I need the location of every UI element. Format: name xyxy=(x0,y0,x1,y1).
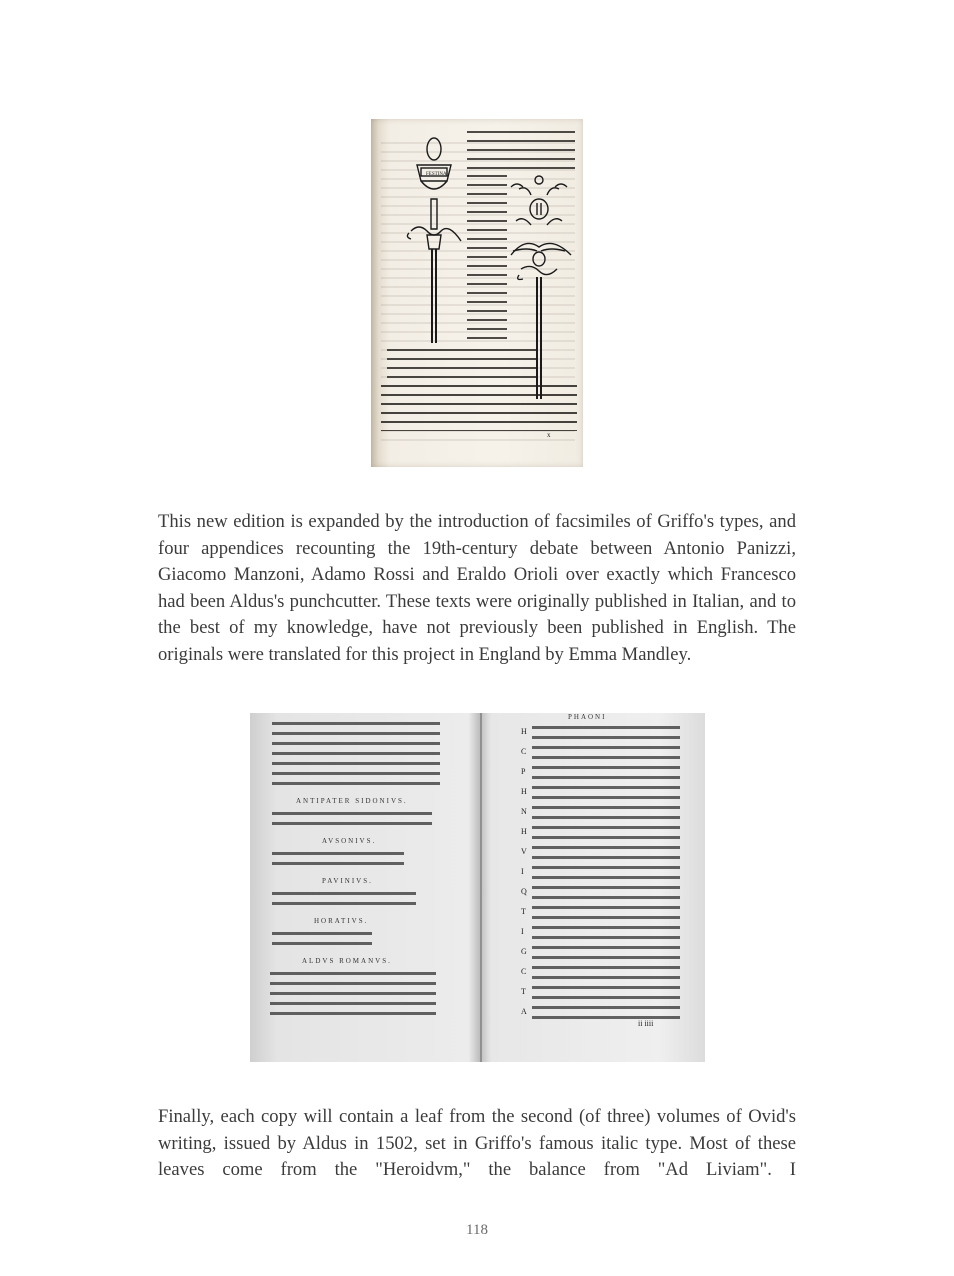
initial-letter: G xyxy=(521,947,527,956)
initial-letter: I xyxy=(521,927,524,936)
initial-letter: V xyxy=(521,847,527,856)
initial-letter: C xyxy=(521,967,526,976)
left-page-text-block xyxy=(272,929,372,951)
left-page-text-block xyxy=(270,969,436,1019)
initial-letter: Q xyxy=(521,887,527,896)
left-page-text-block xyxy=(272,849,404,871)
document-page: FESTINA xyxy=(0,0,954,1276)
initial-letter: T xyxy=(521,907,526,916)
heading-horativs: HORATIVS. xyxy=(314,917,368,925)
heading-pavinivs: PAVINIVS. xyxy=(322,877,373,885)
page-number: 118 xyxy=(0,1222,954,1239)
body-paragraph-2: Finally, each copy will contain a leaf f… xyxy=(158,1104,796,1184)
left-page-text-block xyxy=(272,889,416,911)
book-gutter xyxy=(480,713,482,1062)
right-page-text-block xyxy=(532,723,680,1023)
initial-letter: N xyxy=(521,807,527,816)
figure-open-book-spread: ANTIPATER SIDONIVS. AVSONIVS. PAVINIVS. … xyxy=(250,713,705,1062)
initial-letter: H xyxy=(521,827,527,836)
signature-mark: x xyxy=(547,431,551,439)
initial-letter: I xyxy=(521,867,524,876)
folio-number: ii iiii xyxy=(638,1019,653,1028)
svg-text:FESTINA: FESTINA xyxy=(426,172,447,177)
initial-letter: C xyxy=(521,747,526,756)
initial-letter: P xyxy=(521,767,525,776)
caduceus-woodcuts-icon: FESTINA xyxy=(371,119,583,467)
body-paragraph-1: This new edition is expanded by the intr… xyxy=(158,509,796,669)
heading-antipater: ANTIPATER SIDONIVS. xyxy=(296,797,408,805)
figure-aldine-caducei-page: FESTINA xyxy=(371,119,583,467)
heading-avsonivs: AVSONIVS. xyxy=(322,837,376,845)
initial-letter: H xyxy=(521,787,527,796)
left-page-text-block xyxy=(272,719,440,787)
initial-letter: H xyxy=(521,727,527,736)
heading-aldvs-romanvs: ALDVS ROMANVS. xyxy=(302,957,392,965)
initial-letter: T xyxy=(521,987,526,996)
heading-phaoni: PHAONI xyxy=(568,713,606,721)
left-page-text-block xyxy=(272,809,432,831)
initial-letter: A xyxy=(521,1007,527,1016)
